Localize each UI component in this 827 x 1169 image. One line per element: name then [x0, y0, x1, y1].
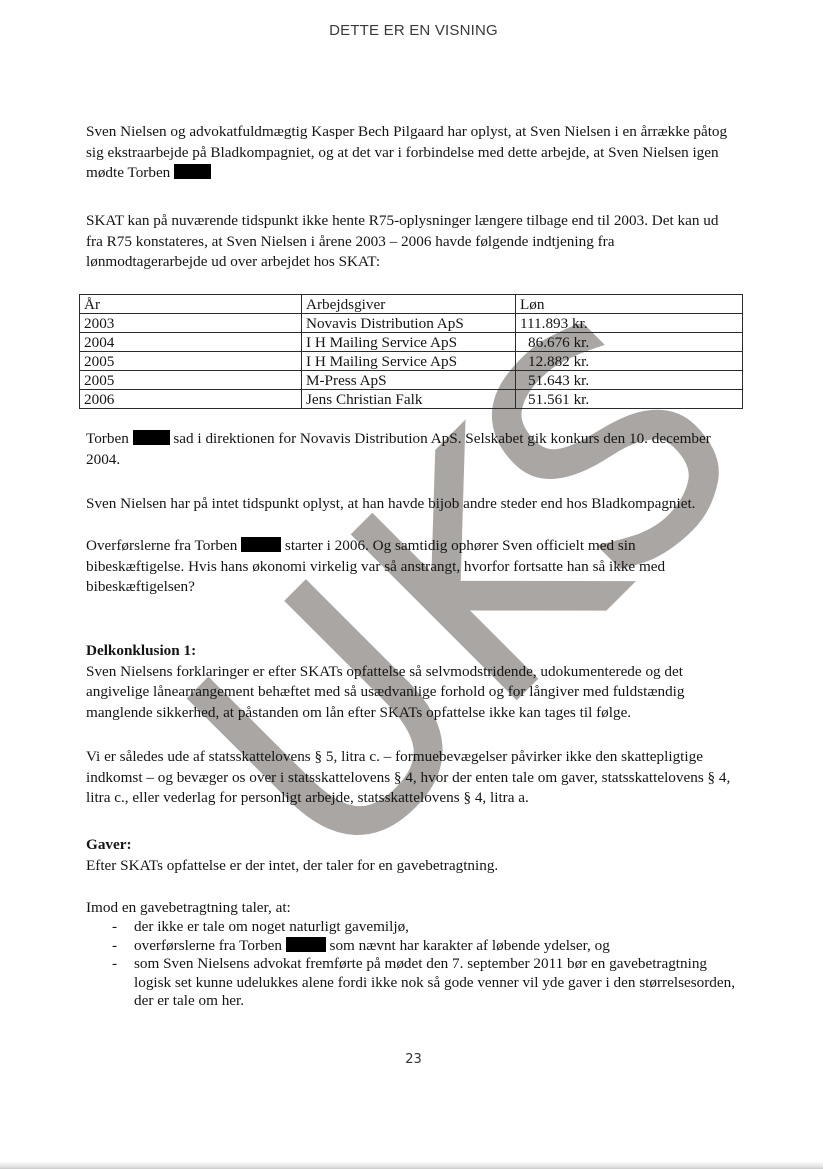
- paragraph-3-text: sad i direktionen for Novavis Distributi…: [86, 430, 711, 468]
- page-number: 23: [0, 1052, 827, 1067]
- paragraph-4: Sven Nielsen har på intet tidspunkt oply…: [86, 494, 736, 515]
- cell-salary: 51.643 kr.: [516, 371, 743, 390]
- wage-table: År Arbejdsgiver Løn 2003Novavis Distribu…: [79, 294, 743, 409]
- header-employer: Arbejdsgiver: [302, 295, 516, 314]
- table-row: 2006Jens Christian Falk51.561 kr.: [80, 390, 743, 409]
- gaver-text: Efter SKATs opfattelse er der intet, der…: [86, 856, 736, 877]
- dash-bullet-icon: -: [112, 918, 117, 937]
- paragraph-5: Overførslerne fra Torben starter i 2006.…: [86, 536, 736, 598]
- redaction-block: [133, 430, 170, 445]
- dash-bullet-icon: -: [112, 937, 117, 956]
- paragraph-2: SKAT kan på nuværende tidspunkt ikke hen…: [86, 211, 736, 273]
- cell-employer: Jens Christian Falk: [302, 390, 516, 409]
- delkonklusion-text: Sven Nielsens forklaringer er efter SKAT…: [86, 662, 736, 724]
- gaver-heading: Gaver:: [86, 835, 736, 856]
- cell-year: 2004: [80, 333, 302, 352]
- imod-intro: Imod en gavebetragtning taler, at:: [86, 898, 736, 919]
- cell-employer: I H Mailing Service ApS: [302, 352, 516, 371]
- cell-employer: I H Mailing Service ApS: [302, 333, 516, 352]
- cell-salary: 111.893 kr.: [516, 314, 743, 333]
- cell-salary: 86.676 kr.: [516, 333, 743, 352]
- paragraph-6-text: Vi er således ude af statsskattelovens §…: [86, 747, 736, 809]
- table-row: 2005M-Press ApS51.643 kr.: [80, 371, 743, 390]
- redaction-block: [174, 164, 211, 179]
- list-item: - der ikke er tale om noget naturligt ga…: [86, 918, 736, 937]
- dash-bullet-icon: -: [112, 955, 117, 974]
- cell-salary: 12.882 kr.: [516, 352, 743, 371]
- document-body: Sven Nielsen og advokatfuldmægtig Kasper…: [0, 0, 827, 1169]
- paragraph-3-lead: Torben: [86, 430, 129, 447]
- cell-year: 2003: [80, 314, 302, 333]
- paragraph-1: Sven Nielsen og advokatfuldmægtig Kasper…: [86, 122, 736, 184]
- delkonklusion-section: Delkonklusion 1: Sven Nielsens forklarin…: [86, 641, 736, 723]
- imod-intro-text: Imod en gavebetragtning taler, at:: [86, 898, 736, 919]
- table-row: 2004I H Mailing Service ApS86.676 kr.: [80, 333, 743, 352]
- list-item-lead: overførslerne fra Torben: [134, 937, 282, 954]
- table-row: 2005I H Mailing Service ApS12.882 kr.: [80, 352, 743, 371]
- gaver-section: Gaver: Efter SKATs opfattelse er der int…: [86, 835, 736, 876]
- bullet-list: - der ikke er tale om noget naturligt ga…: [86, 918, 736, 1011]
- cell-salary: 51.561 kr.: [516, 390, 743, 409]
- paragraph-5-lead: Overførslerne fra Torben: [86, 537, 237, 554]
- document-page: DETTE ER EN VISNING UKS Sven Nielsen og …: [0, 0, 827, 1169]
- header-salary: Løn: [516, 295, 743, 314]
- list-item: - overførslerne fra Torben som nævnt har…: [86, 937, 736, 956]
- table-row: 2003Novavis Distribution ApS111.893 kr.: [80, 314, 743, 333]
- cell-year: 2005: [80, 371, 302, 390]
- list-item: - som Sven Nielsens advokat fremførte på…: [86, 955, 736, 1011]
- table-header-row: År Arbejdsgiver Løn: [80, 295, 743, 314]
- header-year: År: [80, 295, 302, 314]
- list-item-text: som Sven Nielsens advokat fremførte på m…: [134, 955, 735, 1009]
- paragraph-6: Vi er således ude af statsskattelovens §…: [86, 747, 736, 809]
- redaction-block: [241, 537, 281, 552]
- list-item-text: der ikke er tale om noget naturligt gave…: [134, 918, 409, 935]
- redaction-block: [286, 937, 326, 952]
- paragraph-4-text: Sven Nielsen har på intet tidspunkt oply…: [86, 494, 736, 515]
- list-item-text: som nævnt har karakter af løbende ydelse…: [330, 937, 610, 954]
- cell-employer: Novavis Distribution ApS: [302, 314, 516, 333]
- cell-year: 2005: [80, 352, 302, 371]
- cell-year: 2006: [80, 390, 302, 409]
- delkonklusion-heading: Delkonklusion 1:: [86, 641, 736, 662]
- paragraph-2-text: SKAT kan på nuværende tidspunkt ikke hen…: [86, 211, 736, 273]
- cell-employer: M-Press ApS: [302, 371, 516, 390]
- paragraph-3: Torben sad i direktionen for Novavis Dis…: [86, 429, 736, 470]
